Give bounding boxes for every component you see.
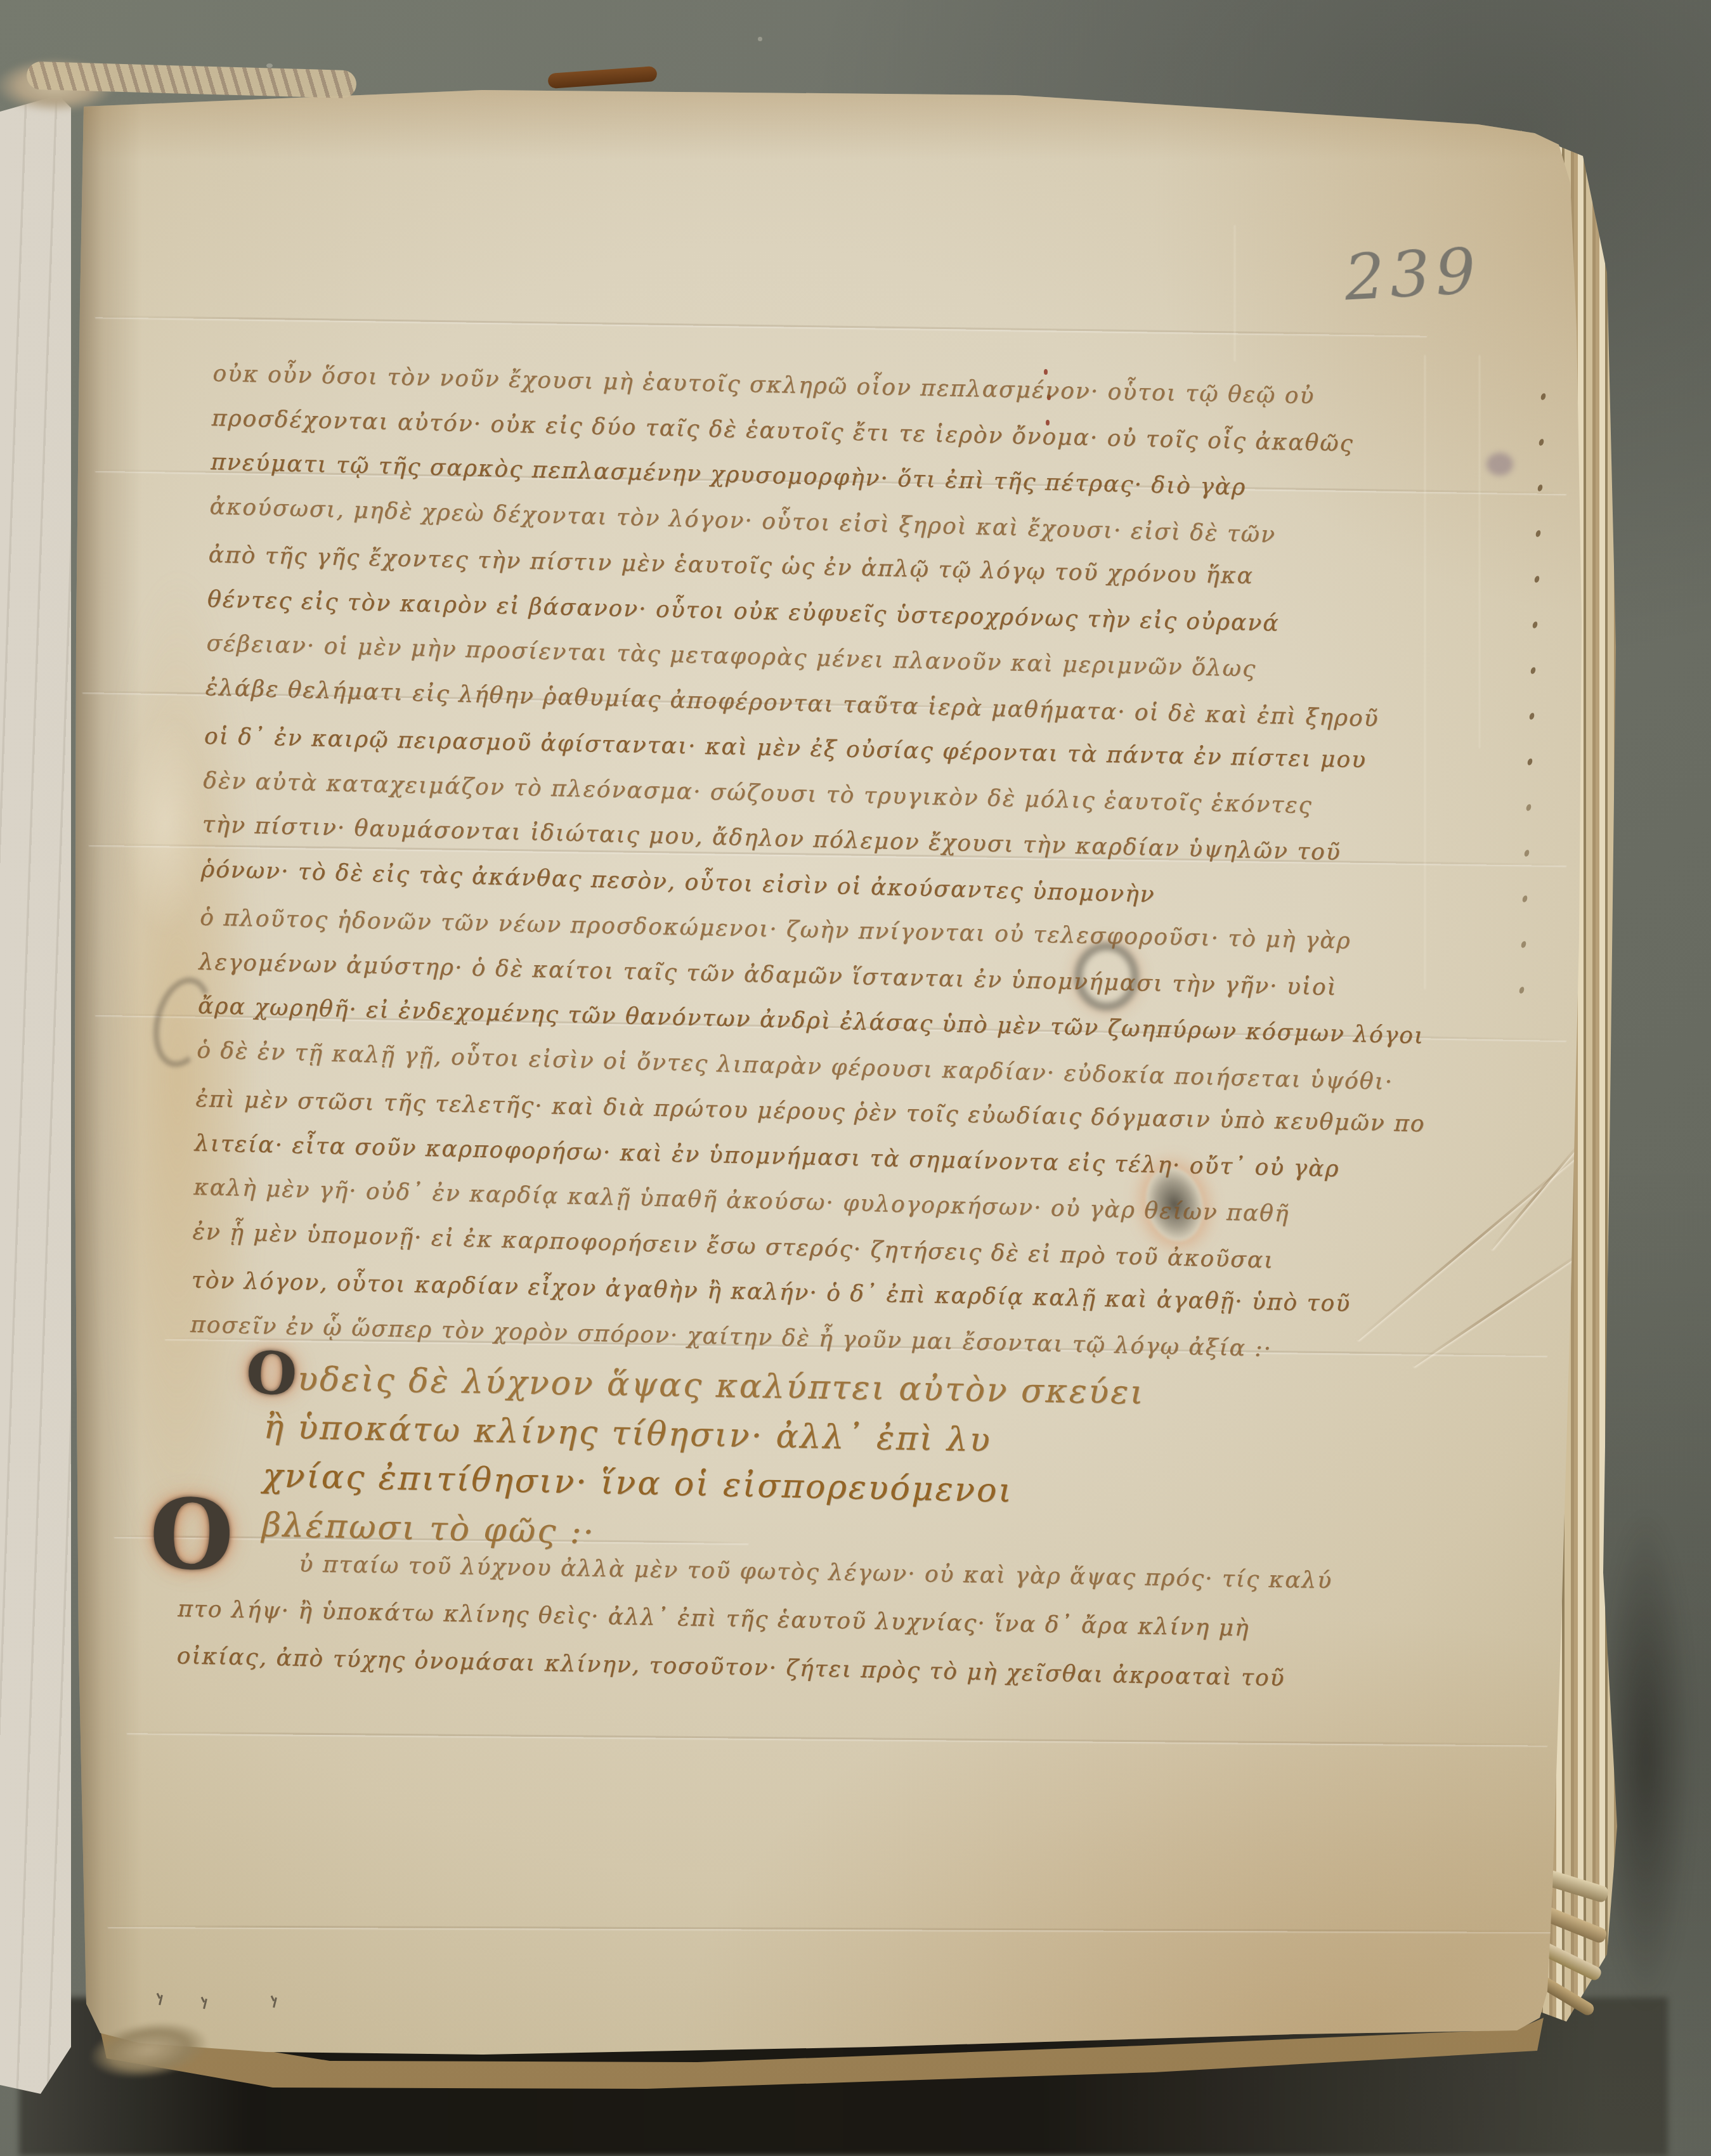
body-text-line: ἀπὸ τῆς γῆς ἔχοντες τὴν πίστιν μὲν ἑαυτο…	[208, 542, 1254, 590]
commentary-initial-letter: Ο	[148, 1485, 235, 1585]
manuscript-photograph: 239 οὐκ οὖν ὅσοι τὸν νοῦν ἔχουσι μὴ ἑαυτ…	[0, 0, 1711, 2156]
pricking-hole	[1535, 529, 1542, 538]
lemma-line: χνίας ἐπιτίθησιν· ἵνα οἱ εἰσπορευόμενοι	[263, 1457, 1013, 1510]
body-text-line: ῥόνων· τὸ δὲ εἰς τὰς ἀκάνθας πεσὸν, οὗτο…	[200, 856, 1155, 907]
body-text-line: ὁ πλοῦτος ἡδονῶν τῶν νέων προσδοκώμενοι·…	[200, 905, 1351, 954]
body-text-line: ποσεῖν ἐν ᾧ ὥσπερ τὸν χορὸν σπόρον· χαίτ…	[190, 1311, 1273, 1361]
pricking-hole	[1537, 484, 1543, 492]
commentary-line: πτο λήψ· ἢ ὑποκάτω κλίνης θεὶς· ἀλλ᾽ ἐπὶ…	[178, 1596, 1250, 1642]
ruling-line	[1479, 355, 1480, 748]
pricking-hole	[1527, 758, 1533, 766]
body-text-line: οἱ δ᾽ ἐν καιρῷ πειρασμοῦ ἀφίστανται· καὶ…	[204, 724, 1367, 773]
parchment-flaw	[203, 1999, 207, 2009]
parchment-flaw	[159, 1995, 163, 2005]
body-text-line: λιτεία· εἶτα σοῦν καρποφορήσω· καὶ ἐν ὑπ…	[194, 1130, 1340, 1182]
body-text-line: ἐπὶ μὲν στῶσι τῆς τελετῆς· καὶ διὰ πρώτο…	[195, 1086, 1426, 1138]
ruling-line	[1234, 225, 1235, 361]
parchment-wrinkle	[1412, 1248, 1587, 1367]
pricking-hole	[1523, 849, 1530, 857]
pricking-hole	[1540, 393, 1546, 401]
parchment-wrinkle	[1490, 1137, 1586, 1250]
pricking-hole	[1532, 621, 1538, 629]
lemma-line: βλέπωσι τὸ φῶς :·	[261, 1506, 595, 1552]
body-text-line: πνεύματι τῷ τῆς σαρκὸς πεπλασμένην χρυσο…	[211, 449, 1247, 500]
debris-twig	[547, 66, 657, 89]
body-text-line: τὸν λόγον, οὗτοι καρδίαν εἶχον ἀγαθὴν ἢ …	[191, 1267, 1351, 1316]
pricking-hole	[1525, 803, 1532, 812]
parchment-crease	[127, 1731, 1547, 1746]
body-text-line: ὁ δὲ ἐν τῇ καλῇ γῇ, οὗτοι εἰσὶν οἱ ὄντες…	[197, 1037, 1394, 1094]
body-text-line: προσδέχονται αὐτόν· οὐκ εἰς δύο ταῖς δὲ …	[211, 405, 1354, 457]
purple-stain	[1487, 453, 1513, 476]
lemma-line: υδεὶς δὲ λύχνον ἅψας καλύπτει αὐτὸν σκεύ…	[297, 1360, 1145, 1412]
body-text-line: δὲν αὐτὰ καταχειμάζον τὸ πλεόνασμα· σώζο…	[203, 767, 1313, 818]
pricking-hole	[1530, 666, 1537, 675]
body-text-line: ἐν ᾗ μὲν ὑπομονῇ· εἰ ἐκ καρποφορήσειν ἔσ…	[192, 1218, 1275, 1273]
body-text-line: τὴν πίστιν· θαυμάσονται ἰδιώταις μου, ἄδ…	[202, 812, 1341, 866]
body-text-line: λεγομένων ἀμύστηρ· ὁ δὲ καίτοι ταῖς τῶν …	[198, 949, 1337, 1000]
body-text-line: ἐλάβε θελήματι εἰς λήθην ῥαθυμίας ἀποφέρ…	[205, 674, 1379, 731]
pricking-hole	[1520, 940, 1526, 949]
pricking-hole	[1533, 575, 1540, 583]
parchment-crease	[95, 315, 1427, 335]
body-text-line: σέβειαν· οἱ μὲν μὴν προσίενται τὰς μεταφ…	[206, 630, 1257, 682]
parchment-crease	[108, 1925, 1554, 1932]
top-edge-tanning	[82, 90, 1560, 160]
background-speck	[758, 37, 762, 41]
parchment-flaw	[273, 1997, 277, 2008]
body-text-line: ἀκούσωσι, μηδὲ χρεὼ δέχονται τὸν λόγον· …	[209, 493, 1276, 548]
pricking-hole	[1539, 438, 1545, 446]
lemma-line: ἢ ὑποκάτω κλίνης τίθησιν· ἀλλ᾽ ἐπὶ λυ	[263, 1408, 992, 1460]
red-speck	[1044, 369, 1048, 375]
pricking-hole	[1528, 712, 1535, 720]
body-text-line: καλὴ μὲν γῆ· οὐδ᾽ ἐν καρδίᾳ καλῇ ὑπαθῆ ἀ…	[193, 1174, 1290, 1228]
folio-number: 239	[1343, 233, 1483, 315]
body-text-line: οὐκ οὖν ὅσοι τὸν νοῦν ἔχουσι μὴ ἑαυτοῖς …	[212, 361, 1315, 409]
pricking-hole	[1519, 986, 1525, 994]
body-text-line: θέντες εἰς τὸν καιρὸν εἰ βάσανον· οὗτοι …	[207, 586, 1280, 636]
manuscript-page: 239 οὐκ οὖν ὅσοι τὸν νοῦν ἔχουσι μὴ ἑαυτ…	[0, 0, 1711, 2156]
commentary-line: οἰκίας, ἀπὸ τύχης ὀνομάσαι κλίνην, τοσοῦ…	[176, 1643, 1285, 1691]
commentary-line: ὐ πταίω τοῦ λύχνου ἀλλὰ μὲν τοῦ φωτὸς λέ…	[299, 1551, 1332, 1594]
pricking-hole	[1522, 895, 1528, 903]
body-text-line: ἄρα χωρηθῆ· εἰ ἐνδεχομένης τῶν θανόντων …	[197, 993, 1424, 1049]
background-speck	[266, 63, 273, 68]
lemma-initial-letter: Ο	[245, 1343, 299, 1404]
ruling-line	[1424, 355, 1426, 989]
